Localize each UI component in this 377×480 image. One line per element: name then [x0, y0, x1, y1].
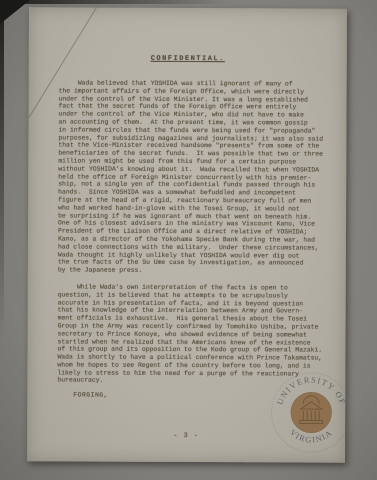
university-of-virginia-stamp: UNIVERSITY OF VIRGINIA	[267, 368, 355, 456]
scanner-edge-shadow-left	[0, 0, 4, 340]
paragraph: Wada believed that YOSHIDA was still ign…	[58, 79, 331, 275]
scanner-edge-shadow-top	[0, 0, 230, 4]
document-page: CONFIDENTIAL. Wada believed that YOSHIDA…	[27, 7, 347, 462]
classification-heading: CONFIDENTIAL.	[29, 54, 347, 63]
